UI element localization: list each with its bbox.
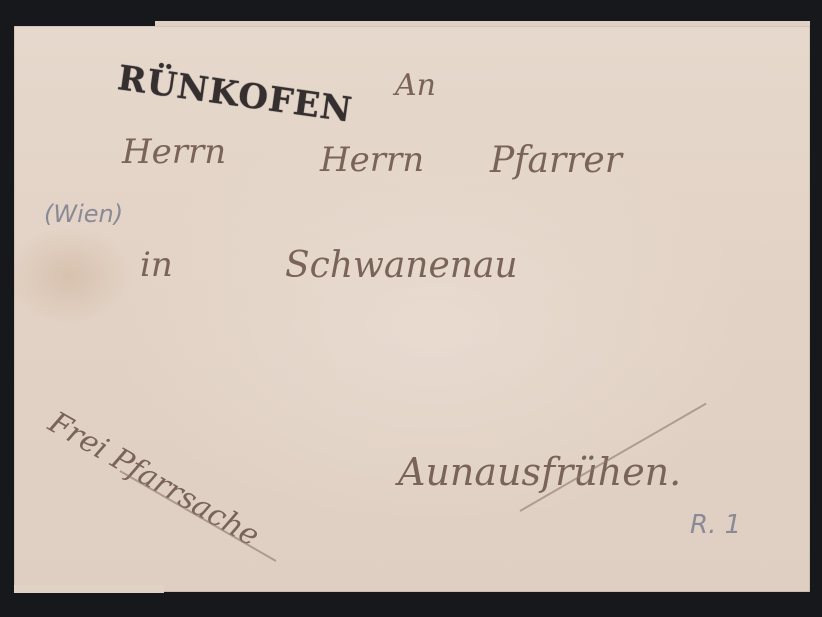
address-title-2: Herrn (320, 140, 424, 180)
pencil-note-rate: R. 1 (690, 510, 741, 540)
address-destination: Aunausfrühen. (398, 450, 681, 494)
address-place: Schwanenau (285, 245, 518, 286)
address-salutation: An (395, 68, 436, 103)
address-preposition: in (140, 245, 173, 285)
bottom-fold-edge (14, 585, 164, 593)
address-title-1: Herrn (122, 132, 226, 172)
address-recipient-role: Pfarrer (490, 140, 622, 181)
letter-sheet (14, 26, 810, 592)
pencil-note-left: (Wien) (44, 200, 123, 228)
